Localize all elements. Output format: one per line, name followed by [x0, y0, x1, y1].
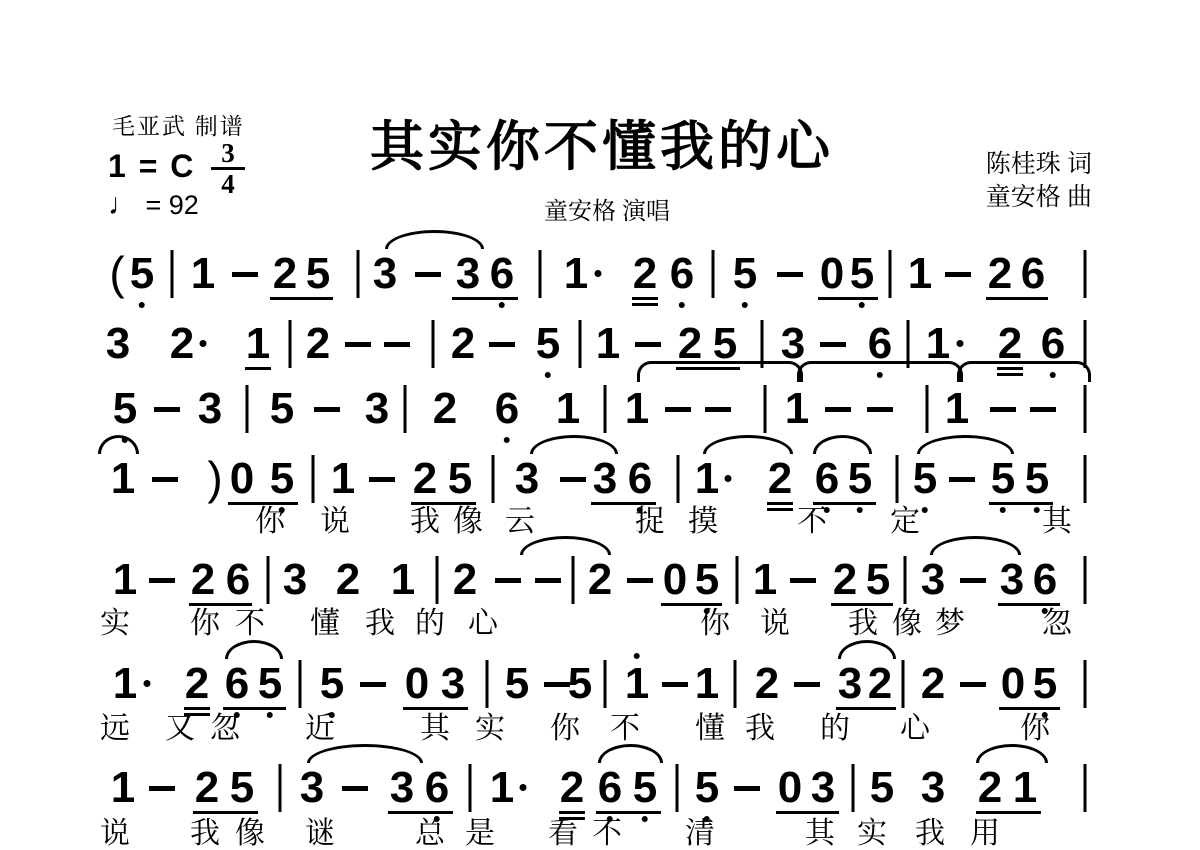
duration-dash: [1030, 407, 1056, 412]
note-number: 5: [870, 766, 894, 810]
duration-dash: [777, 272, 803, 277]
composer-credit: 童安格 曲: [986, 181, 1092, 214]
augmentation-dot: [144, 680, 151, 687]
lyric-char: 近: [305, 712, 335, 746]
lyric-char: 云: [505, 505, 535, 539]
time-signature-numerator: 3: [207, 140, 249, 166]
lyric-char: 谜: [305, 817, 335, 850]
beam-underline-second: [632, 303, 658, 306]
barline: [889, 250, 892, 298]
note-number: 1: [625, 662, 649, 706]
note-number: 2: [633, 252, 657, 296]
duration-dash: [535, 578, 561, 583]
duration-dash: [415, 272, 441, 277]
barline: [572, 556, 575, 604]
beam-underline: [818, 297, 878, 300]
barline: [1084, 455, 1087, 503]
note-number: 3: [921, 766, 945, 810]
note-number: 2: [451, 322, 475, 366]
duration-dash: [990, 407, 1016, 412]
barline: [492, 455, 495, 503]
note-number: 1: [113, 662, 137, 706]
note-number: 5: [1033, 662, 1057, 706]
slur-arc: [838, 640, 896, 659]
note-number: 2: [978, 766, 1002, 810]
note-number: 1: [695, 457, 719, 501]
note-number: 2: [560, 766, 584, 810]
note-number: 2: [170, 322, 194, 366]
duration-dash: [342, 786, 368, 791]
low-octave-dot: [742, 302, 748, 308]
barline: [1084, 660, 1087, 708]
note-number: 0: [820, 252, 844, 296]
note-number: 5: [230, 766, 254, 810]
note-number: 2: [185, 662, 209, 706]
note-number: 3: [365, 387, 389, 431]
note-number: 3: [283, 558, 307, 602]
note-number: 1: [191, 252, 215, 296]
lyric-char: 我: [848, 607, 878, 641]
quarter-note-icon: ♩: [108, 188, 138, 221]
lyric-char: 梦: [935, 607, 965, 641]
lyric-char: 定: [890, 505, 920, 539]
low-octave-dot: [1000, 507, 1006, 513]
barline: [432, 320, 435, 368]
note-number: 5: [270, 387, 294, 431]
note-number: 1: [596, 322, 620, 366]
note-number: 2: [433, 387, 457, 431]
note-number: 1: [331, 457, 355, 501]
note-number: 6: [1041, 322, 1065, 366]
lyric-char: 远: [100, 712, 130, 746]
duration-dash: [734, 786, 760, 791]
duration-dash: [627, 578, 653, 583]
lyric-char: 不: [797, 505, 827, 539]
slur-arc: [703, 435, 793, 454]
barline: [1084, 764, 1087, 812]
note-number: 6: [1033, 558, 1057, 602]
note-number: 5: [850, 252, 874, 296]
duration-dash: [705, 407, 731, 412]
note-number: 5: [848, 457, 872, 501]
duration-dash: [945, 272, 971, 277]
beam-underline: [270, 297, 333, 300]
lyric-char: 像: [453, 505, 483, 539]
duration-dash: [820, 342, 846, 347]
tie-arc: [797, 361, 963, 382]
duration-dash: [960, 578, 986, 583]
beam-underline: [976, 811, 1041, 814]
note-number: 1: [695, 662, 719, 706]
low-octave-dot: [504, 437, 510, 443]
duration-dash: [154, 407, 180, 412]
duration-dash: [665, 407, 691, 412]
barline: [852, 764, 855, 812]
note-number: 2: [413, 457, 437, 501]
slur-arc: [385, 230, 484, 249]
duration-dash: [384, 342, 410, 347]
note-number: 1: [111, 457, 135, 501]
lyric-char: 说: [320, 505, 350, 539]
note-number: 6: [425, 766, 449, 810]
duration-dash: [949, 477, 975, 482]
note-number: 6: [490, 252, 514, 296]
parenthesis: ): [207, 454, 222, 502]
low-octave-dot: [267, 712, 273, 718]
note-number: 2: [336, 558, 360, 602]
beam-underline: [596, 811, 661, 814]
beam-underline: [632, 297, 658, 300]
note-number: 1: [391, 558, 415, 602]
time-signature: 3 4: [207, 140, 249, 197]
note-number: 6: [598, 766, 622, 810]
augmentation-dot: [595, 270, 602, 277]
note-number: 2: [768, 457, 792, 501]
key-signature: 1 = C: [108, 148, 195, 185]
lyric-char: 实: [857, 817, 887, 850]
lyric-char: 像: [235, 817, 265, 850]
performer-credit: 童安格 演唱: [544, 191, 670, 226]
lyric-char: 懂: [695, 712, 725, 746]
time-signature-denominator: 4: [207, 171, 249, 197]
lyric-char: 其: [805, 817, 835, 850]
note-number: 6: [815, 457, 839, 501]
high-octave-dot: [634, 653, 640, 659]
note-number: 3: [515, 457, 539, 501]
note-number: 6: [225, 662, 249, 706]
low-octave-dot: [642, 816, 648, 822]
lyric-char: 捉: [635, 505, 665, 539]
note-number: 1: [753, 558, 777, 602]
note-number: 5: [991, 457, 1015, 501]
duration-dash: [360, 682, 386, 687]
beam-underline-second: [767, 508, 793, 511]
augmentation-dot: [725, 475, 732, 482]
barline: [896, 455, 899, 503]
note-number: 5: [568, 662, 592, 706]
lyric-char: 懂: [310, 607, 340, 641]
note-number: 5: [713, 322, 737, 366]
note-number: 2: [273, 252, 297, 296]
barline: [357, 250, 360, 298]
note-number: 3: [441, 662, 465, 706]
note-number: 3: [390, 766, 414, 810]
note-number: 5: [536, 322, 560, 366]
barline: [1084, 320, 1087, 368]
barline: [604, 660, 607, 708]
augmentation-dot: [520, 784, 527, 791]
barline: [486, 660, 489, 708]
duration-dash: [825, 407, 851, 412]
beam-underline: [193, 811, 258, 814]
duration-dash: [369, 477, 395, 482]
lyric-char: 你: [550, 712, 580, 746]
note-number: 1: [246, 322, 270, 366]
sheet-music-page: 毛亚武 制谱 1 = C 3 4 ♩ = 92 其实你不懂我的心 童安格 演唱 …: [0, 0, 1200, 850]
note-number: 2: [868, 662, 892, 706]
note-number: 5: [633, 766, 657, 810]
note-number: 5: [733, 252, 757, 296]
tempo-marking: ♩ = 92: [108, 188, 199, 222]
note-number: 1: [1013, 766, 1037, 810]
low-octave-dot: [139, 302, 145, 308]
low-octave-dot: [545, 372, 551, 378]
note-number: 2: [588, 558, 612, 602]
low-octave-dot: [922, 507, 928, 513]
note-number: 6: [670, 252, 694, 296]
duration-dash: [794, 682, 820, 687]
slur-arc: [98, 435, 139, 454]
barline: [926, 385, 929, 433]
beam-underline: [189, 603, 252, 606]
barline: [436, 556, 439, 604]
note-number: 0: [1001, 662, 1025, 706]
lyric-char: 总: [415, 817, 445, 850]
note-number: 0: [663, 558, 687, 602]
note-number: 2: [833, 558, 857, 602]
lyric-char: 我: [190, 817, 220, 850]
lyric-char: 我: [365, 607, 395, 641]
note-number: 1: [785, 387, 809, 431]
note-number: 5: [258, 662, 282, 706]
note-number: 3: [456, 252, 480, 296]
transcriber-credit: 毛亚武 制谱: [112, 108, 245, 141]
lyric-char: 用: [970, 817, 1000, 850]
lyric-char: 的: [415, 607, 445, 641]
lyric-char: 说: [760, 607, 790, 641]
note-number: 3: [781, 322, 805, 366]
duration-dash: [495, 578, 521, 583]
note-number: 0: [778, 766, 802, 810]
lyric-char: 你: [700, 607, 730, 641]
note-number: 1: [625, 387, 649, 431]
lyric-char: 你: [255, 505, 285, 539]
augmentation-dot: [957, 340, 964, 347]
barline: [1084, 556, 1087, 604]
duration-dash: [489, 342, 515, 347]
barline: [712, 250, 715, 298]
low-octave-dot: [859, 302, 865, 308]
slur-arc: [225, 640, 283, 659]
barline: [246, 385, 249, 433]
lyric-char: 说: [100, 817, 130, 850]
duration-dash: [152, 477, 178, 482]
beam-underline: [999, 707, 1060, 710]
beam-underline: [767, 502, 793, 505]
note-number: 1: [945, 387, 969, 431]
note-number: 5: [913, 457, 937, 501]
lyric-char: 心: [468, 607, 498, 641]
lyric-char: 不: [610, 712, 640, 746]
note-number: 1: [926, 322, 950, 366]
note-number: 3: [1000, 558, 1024, 602]
beam-underline: [245, 367, 271, 370]
barline: [904, 556, 907, 604]
beam-underline: [388, 811, 453, 814]
note-number: 5: [113, 387, 137, 431]
note-number: 6: [495, 387, 519, 431]
barline: [1084, 385, 1087, 433]
note-number: 1: [564, 252, 588, 296]
note-number: 6: [226, 558, 250, 602]
note-number: 2: [195, 766, 219, 810]
note-number: 3: [373, 252, 397, 296]
tie-arc: [637, 361, 803, 382]
parenthesis: (: [109, 249, 124, 297]
lyric-char: 摸: [688, 505, 718, 539]
barline: [279, 764, 282, 812]
slur-arc: [598, 744, 663, 763]
lyric-char: 我: [745, 712, 775, 746]
note-number: 3: [593, 457, 617, 501]
note-number: 3: [106, 322, 130, 366]
beam-underline: [998, 603, 1060, 606]
note-number: 5: [866, 558, 890, 602]
duration-dash: [867, 407, 893, 412]
note-number: 2: [755, 662, 779, 706]
note-number: 1: [908, 252, 932, 296]
note-number: 5: [695, 558, 719, 602]
note-number: 5: [695, 766, 719, 810]
note-number: 1: [113, 558, 137, 602]
note-number: 2: [191, 558, 215, 602]
beam-underline: [836, 707, 896, 710]
lyric-char: 看: [548, 817, 578, 850]
note-number: 2: [306, 322, 330, 366]
lyric-char: 实: [100, 607, 130, 641]
slur-arc: [930, 536, 1021, 555]
note-number: 5: [320, 662, 344, 706]
duration-dash: [232, 272, 258, 277]
barline: [579, 320, 582, 368]
note-number: 5: [448, 457, 472, 501]
note-number: 3: [198, 387, 222, 431]
beam-underline: [184, 707, 210, 710]
beam-underline: [831, 603, 893, 606]
barline: [604, 385, 607, 433]
note-number: 2: [998, 322, 1022, 366]
beam-underline: [452, 297, 518, 300]
duration-dash: [345, 342, 371, 347]
slur-arc: [530, 435, 618, 454]
lyric-char: 我: [915, 817, 945, 850]
barline: [289, 320, 292, 368]
slur-arc: [917, 435, 1014, 454]
beam-underline: [559, 811, 585, 814]
barline: [539, 250, 542, 298]
lyric-char: 实: [475, 712, 505, 746]
tempo-value: = 92: [146, 190, 199, 220]
barline: [267, 556, 270, 604]
barline: [299, 660, 302, 708]
lyric-char: 清: [685, 817, 715, 850]
duration-dash: [560, 477, 586, 482]
barline: [404, 385, 407, 433]
duration-dash: [635, 342, 661, 347]
barline: [677, 455, 680, 503]
barline: [1084, 250, 1087, 298]
duration-dash: [149, 786, 175, 791]
note-number: 5: [130, 252, 154, 296]
note-number: 1: [111, 766, 135, 810]
slur-arc: [307, 744, 423, 763]
augmentation-dot: [200, 340, 207, 347]
lyric-char: 其: [1042, 505, 1072, 539]
note-number: 2: [678, 322, 702, 366]
note-number: 5: [1025, 457, 1049, 501]
note-number: 3: [811, 766, 835, 810]
beam-underline: [661, 603, 722, 606]
note-number: 5: [270, 457, 294, 501]
note-number: 6: [1021, 252, 1045, 296]
barline: [469, 764, 472, 812]
lyric-char: 不: [592, 817, 622, 850]
duration-dash: [790, 578, 816, 583]
lyric-char: 心: [900, 712, 930, 746]
lyric-char: 我: [410, 505, 440, 539]
tie-arc: [957, 361, 1091, 382]
note-number: 2: [988, 252, 1012, 296]
low-octave-dot: [679, 302, 685, 308]
lyric-char: 像: [892, 607, 922, 641]
note-number: 3: [300, 766, 324, 810]
duration-dash: [960, 682, 986, 687]
barline: [736, 556, 739, 604]
duration-dash: [149, 578, 175, 583]
lyric-char: 其: [420, 712, 450, 746]
barline: [676, 764, 679, 812]
duration-dash: [314, 407, 340, 412]
lyricist-credit: 陈桂珠 词: [986, 148, 1092, 181]
barline: [734, 660, 737, 708]
author-credits: 陈桂珠 词 童安格 曲: [986, 148, 1092, 214]
duration-dash: [544, 682, 570, 687]
barline: [902, 660, 905, 708]
barline: [764, 385, 767, 433]
lyric-char: 你: [190, 607, 220, 641]
beam-underline: [986, 297, 1048, 300]
note-number: 0: [405, 662, 429, 706]
note-number: 1: [556, 387, 580, 431]
lyric-char: 忽: [210, 712, 240, 746]
song-title: 其实你不懂我的心: [370, 104, 834, 181]
note-number: 5: [306, 252, 330, 296]
beam-underline: [223, 707, 286, 710]
low-octave-dot: [857, 507, 863, 513]
note-number: 5: [505, 662, 529, 706]
note-number: 2: [921, 662, 945, 706]
lyric-char: 不: [235, 607, 265, 641]
lyric-char: 又: [165, 712, 195, 746]
slur-arc: [976, 744, 1048, 763]
note-number: 2: [453, 558, 477, 602]
low-octave-dot: [1034, 507, 1040, 513]
slur-arc: [813, 435, 872, 454]
note-number: 1: [490, 766, 514, 810]
barline: [171, 250, 174, 298]
note-number: 6: [868, 322, 892, 366]
lyric-char: 你: [1020, 712, 1050, 746]
duration-dash: [662, 682, 688, 687]
lyric-char: 忽: [1042, 607, 1072, 641]
beam-underline: [776, 811, 839, 814]
lyric-char: 是: [465, 817, 495, 850]
note-number: 0: [230, 457, 254, 501]
note-number: 3: [921, 558, 945, 602]
note-number: 3: [838, 662, 862, 706]
lyric-char: 的: [820, 712, 850, 746]
low-octave-dot: [499, 302, 505, 308]
